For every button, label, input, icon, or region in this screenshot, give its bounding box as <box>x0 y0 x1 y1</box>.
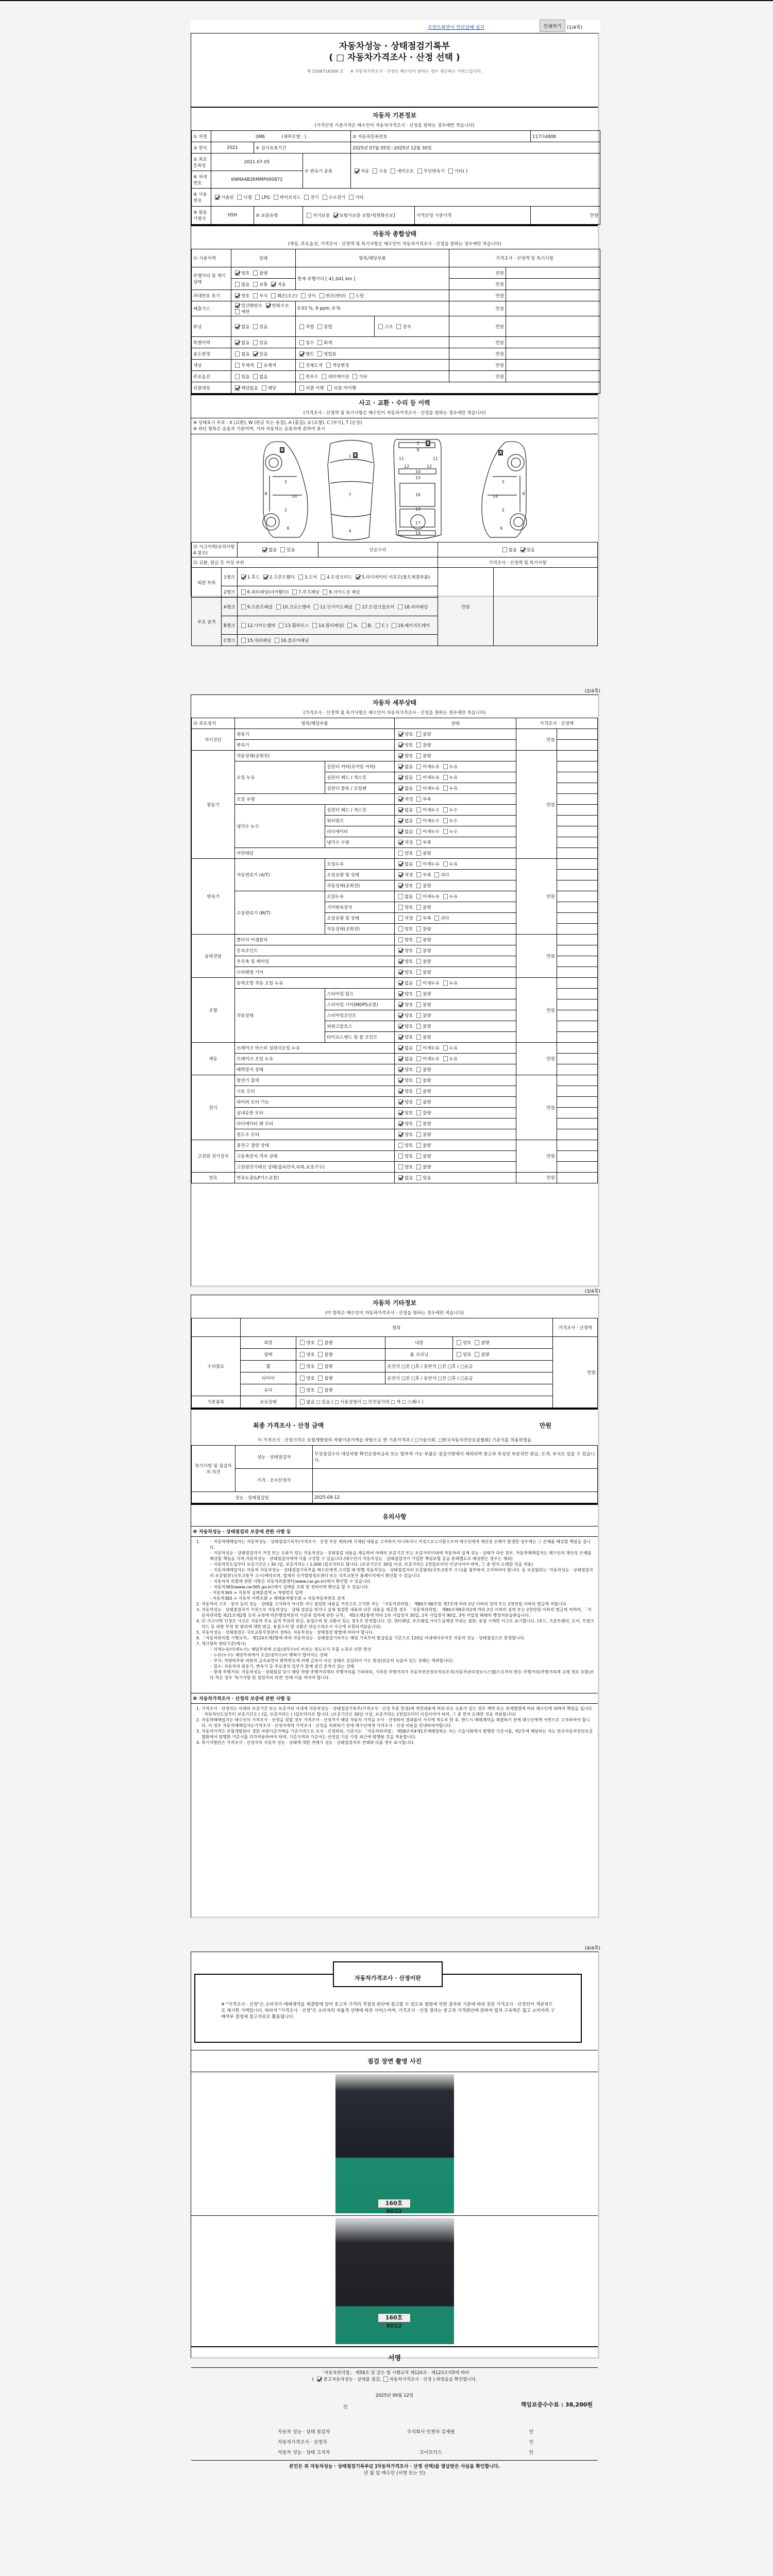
part-label: 디퍼렌셜 기어 <box>237 970 263 975</box>
good-checkbox[interactable] <box>457 1352 461 1357</box>
option-checkbox[interactable] <box>317 340 322 345</box>
status-checkbox[interactable] <box>416 732 421 737</box>
bad-checkbox[interactable] <box>318 1387 323 1393</box>
confirm-inspection-checkbox[interactable] <box>317 2377 322 2382</box>
part-label: 동력조향 작동 오일 누유 <box>237 981 283 986</box>
status-checkbox[interactable] <box>416 937 421 942</box>
option-checkbox[interactable] <box>299 385 304 391</box>
option-checkbox[interactable] <box>378 324 383 329</box>
vin-mark-label: 차대번호 표기 <box>193 294 220 299</box>
option-checkbox[interactable] <box>362 623 366 628</box>
status-checkbox[interactable] <box>443 818 448 823</box>
option-checkbox[interactable] <box>235 351 240 357</box>
option-checkbox[interactable] <box>241 623 246 628</box>
option-checkbox[interactable] <box>235 340 240 345</box>
status-checkbox[interactable] <box>398 732 403 737</box>
price-unit: 만원 <box>546 1057 554 1062</box>
svg-text:3: 3 <box>284 480 287 484</box>
status-checkbox[interactable] <box>416 840 421 845</box>
status-checkbox[interactable] <box>416 861 421 867</box>
option-label: 적음 <box>277 282 285 287</box>
engine-type: H5H <box>228 213 237 218</box>
status-checkbox[interactable] <box>443 1056 448 1061</box>
status-checkbox[interactable] <box>398 851 403 856</box>
price-unit: 만원 <box>546 1106 554 1111</box>
status-label: 미세누유 <box>423 1046 440 1051</box>
bad-checkbox[interactable] <box>475 1340 479 1345</box>
option-checkbox[interactable] <box>235 385 240 391</box>
option-checkbox[interactable] <box>392 623 396 628</box>
accident-table: ⑫ 사고이력(유의사항 4.참조)없음 있음단순수리없음 있음 ⑬ 교환, 판금… <box>191 542 598 646</box>
option-checkbox[interactable] <box>320 293 324 298</box>
option-checkbox[interactable] <box>326 363 331 368</box>
sub-part-label: 실린더 헤드 / 개스킷 <box>327 775 366 781</box>
status-checkbox[interactable] <box>398 916 403 921</box>
svg-text:10: 10 <box>415 469 421 474</box>
insurance-warranty-checkbox[interactable] <box>333 213 338 218</box>
option-checkbox[interactable] <box>253 351 258 357</box>
status-checkbox[interactable] <box>398 753 403 758</box>
status-checkbox[interactable] <box>398 1056 403 1061</box>
option-checkbox[interactable] <box>321 574 325 580</box>
option-label: 보통 <box>259 282 267 287</box>
accident-subtitle: (가격조사 · 산정액 및 특기사항은 매수인이 자동차가격조사 · 산정을 원… <box>191 407 598 418</box>
col-usage-history: ⑪ 사용이력 <box>193 256 216 261</box>
option-label: 탄화수소 <box>272 303 289 309</box>
status-checkbox[interactable] <box>416 807 421 812</box>
document-title: 자동차성능 · 상태점검기록부 <box>191 41 598 52</box>
option-checkbox[interactable] <box>271 282 276 287</box>
status-checkbox[interactable] <box>416 1078 421 1083</box>
option-label: 양호 <box>241 271 249 276</box>
option-checkbox[interactable] <box>376 623 380 628</box>
status-label: 부족 <box>423 916 431 921</box>
status-label: 불량 <box>423 927 431 932</box>
option-checkbox[interactable] <box>235 374 240 379</box>
option-label: 해당 <box>268 386 276 391</box>
status-checkbox[interactable] <box>398 1035 403 1040</box>
option-label: 전체도색 <box>306 363 323 368</box>
option-checkbox[interactable] <box>417 168 422 174</box>
note-item: 자동차성능 · 상태점검자가 거짓으로 자동차성능 · 상태 점검을 하거나 실… <box>201 1607 595 1618</box>
status-label: 미세누유 <box>423 894 440 900</box>
option-checkbox[interactable] <box>299 340 304 345</box>
svg-text:5: 5 <box>416 441 419 446</box>
part-label: 브레이크 마스터 실린더오일 누유 <box>237 1046 300 1051</box>
option-checkbox[interactable] <box>317 324 322 329</box>
status-checkbox[interactable] <box>398 872 403 877</box>
status-checkbox[interactable] <box>416 980 421 986</box>
status-checkbox[interactable] <box>398 883 403 888</box>
warranty-fee: 책임보증수수료 : 38,200원 <box>520 2400 593 2409</box>
option-label: 없음 <box>241 341 249 346</box>
status-checkbox[interactable] <box>434 916 439 921</box>
part-label: 작동상태(공회전) <box>237 754 270 759</box>
status-checkbox[interactable] <box>416 1035 421 1040</box>
option-label: 11.인사이드패널 <box>320 605 352 610</box>
status-checkbox[interactable] <box>398 970 403 975</box>
status-label: 없음 <box>405 862 413 867</box>
option-checkbox[interactable] <box>304 195 309 200</box>
option-checkbox[interactable] <box>253 282 258 287</box>
option-checkbox[interactable] <box>312 623 317 628</box>
confirm-price-checkbox[interactable] <box>383 2377 388 2382</box>
status-checkbox[interactable] <box>398 764 403 769</box>
status-checkbox[interactable] <box>416 1099 421 1105</box>
option-label: 전기 <box>310 195 318 200</box>
part-label: 원동기 <box>237 732 249 737</box>
status-checkbox[interactable] <box>416 1013 421 1018</box>
good-checkbox[interactable] <box>300 1340 305 1345</box>
recall-label: 리콜대상 <box>193 386 210 391</box>
price-unit: 만원 <box>496 341 504 346</box>
status-checkbox[interactable] <box>398 894 403 899</box>
status-label: 누유 <box>449 775 458 781</box>
status-checkbox[interactable] <box>416 948 421 953</box>
option-checkbox[interactable] <box>271 293 276 298</box>
option-checkbox[interactable] <box>235 309 240 314</box>
option-checkbox[interactable] <box>349 293 354 298</box>
vin-label: ⑥ 차대번호 <box>193 175 207 186</box>
option-checkbox[interactable] <box>502 547 507 552</box>
status-label: 불량 <box>423 1111 431 1116</box>
bad-checkbox[interactable] <box>318 1364 323 1369</box>
status-checkbox[interactable] <box>398 796 403 802</box>
option-checkbox[interactable] <box>241 589 246 595</box>
status-checkbox[interactable] <box>443 894 448 899</box>
status-checkbox[interactable] <box>416 1067 421 1072</box>
col-part: 항목/해당부품 <box>301 721 328 726</box>
option-checkbox[interactable] <box>323 589 327 595</box>
option-checkbox[interactable] <box>356 604 360 609</box>
status-label: 누유 <box>449 981 458 986</box>
bad-checkbox[interactable] <box>318 1376 323 1381</box>
sub-part-label: 실린더 헤드 / 개스킷 <box>327 808 366 813</box>
option-label: 색상변경 <box>332 363 349 368</box>
status-checkbox[interactable] <box>416 1175 421 1180</box>
status-checkbox[interactable] <box>416 883 421 888</box>
holding-checkbox[interactable] <box>300 1399 305 1404</box>
status-checkbox[interactable] <box>416 1121 421 1126</box>
col-item: 항목 <box>392 1326 400 1331</box>
option-checkbox[interactable] <box>241 574 246 580</box>
option-checkbox[interactable] <box>314 604 318 609</box>
sub-part-label: 라디에이터 <box>327 829 348 835</box>
status-checkbox[interactable] <box>416 818 421 823</box>
status-checkbox[interactable] <box>434 872 439 877</box>
option-checkbox[interactable] <box>253 340 258 345</box>
status-checkbox[interactable] <box>416 1002 421 1007</box>
status-checkbox[interactable] <box>398 980 403 986</box>
option-checkbox[interactable] <box>274 195 278 200</box>
status-checkbox[interactable] <box>398 926 403 931</box>
option-checkbox[interactable] <box>262 385 266 391</box>
status-checkbox[interactable] <box>398 840 403 845</box>
option-checkbox[interactable] <box>317 351 322 357</box>
status-checkbox[interactable] <box>416 742 421 748</box>
price-unit: 만원 <box>546 738 554 743</box>
status-checkbox[interactable] <box>416 1056 421 1061</box>
overall-section: 자동차 종합상태 (색상, 주요옵션, 가격조사 · 산정액 및 특기사항은 매… <box>191 225 598 394</box>
signer-row: 자동차 성능 · 상태 고지자조이모터스인 <box>191 2447 598 2457</box>
option-label: 기타 <box>355 195 363 200</box>
status-checkbox[interactable] <box>398 905 403 910</box>
option-checkbox[interactable] <box>299 363 304 368</box>
print-button[interactable]: 인쇄하기 <box>540 20 565 32</box>
status-checkbox[interactable] <box>398 1164 403 1170</box>
good-checkbox[interactable] <box>300 1387 305 1393</box>
option-checkbox[interactable] <box>327 385 332 391</box>
option-checkbox[interactable] <box>263 574 268 580</box>
option-checkbox[interactable] <box>262 547 267 552</box>
option-checkbox[interactable] <box>235 270 240 276</box>
signer-role: 자동차가격조사 · 산정자 <box>191 2438 346 2445</box>
basic-info-subtitle: (가격산정 기준가격은 매수인이 자동차가격조사 · 산정을 원하는 경우에만 … <box>191 120 598 130</box>
part-label: 오일 유량 <box>237 797 255 802</box>
status-checkbox[interactable] <box>416 872 421 877</box>
status-checkbox[interactable] <box>416 1164 421 1170</box>
status-checkbox[interactable] <box>416 959 421 964</box>
status-checkbox[interactable] <box>443 786 448 791</box>
status-checkbox[interactable] <box>416 1045 421 1050</box>
status-checkbox[interactable] <box>398 786 403 791</box>
status-checkbox[interactable] <box>398 991 403 996</box>
status-label: 누수 <box>449 829 458 835</box>
status-label: 불량 <box>423 905 431 910</box>
option-checkbox[interactable] <box>215 195 220 200</box>
option-checkbox[interactable] <box>355 168 359 174</box>
status-label: 누유 <box>449 786 458 791</box>
option-checkbox[interactable] <box>235 363 240 368</box>
status-checkbox[interactable] <box>443 861 448 867</box>
option-checkbox[interactable] <box>279 623 283 628</box>
status-label: 없음 <box>405 1057 413 1062</box>
price-basis: 이 가격조사 · 산정가격은 보험개발원의 차량기준가액을 바탕으로 한 기준가… <box>191 1437 598 1445</box>
status-checkbox[interactable] <box>398 829 403 834</box>
svg-text:1: 1 <box>348 454 351 459</box>
part-label: 커먼레일 <box>237 851 254 856</box>
svg-text:18: 18 <box>415 531 421 536</box>
bad-label: 불량 <box>324 1352 332 1358</box>
status-checkbox[interactable] <box>398 1013 403 1018</box>
option-checkbox[interactable] <box>323 195 327 200</box>
option-checkbox[interactable] <box>280 547 285 552</box>
status-checkbox[interactable] <box>416 991 421 996</box>
status-checkbox[interactable] <box>398 1067 403 1072</box>
inspector-opinion: 무상점검수리 대상차량 확인요망비금속 또는 탈부착 가능 부품은 점검사항에서… <box>314 1452 595 1463</box>
status-checkbox[interactable] <box>416 1132 421 1137</box>
svg-text:16: 16 <box>415 493 421 497</box>
option-checkbox[interactable] <box>237 195 242 200</box>
page-indicator: (1/4쪽) <box>567 24 582 30</box>
note-sub: - 자동차365 > 자동차 실매물검색 > 차량번호 입력 <box>210 1590 595 1596</box>
status-label: 미세누유 <box>423 862 440 867</box>
option-checkbox[interactable] <box>347 623 352 628</box>
print-help-link[interactable]: 프린트화면이 안보일때 설치 <box>428 24 484 30</box>
option-checkbox[interactable] <box>235 324 240 329</box>
svg-text:17: 17 <box>415 521 421 526</box>
status-checkbox[interactable] <box>398 1099 403 1105</box>
status-label: 적정 <box>405 916 413 921</box>
option-checkbox[interactable] <box>356 574 360 580</box>
status-checkbox[interactable] <box>398 1078 403 1083</box>
status-checkbox[interactable] <box>443 807 448 812</box>
option-label: A, <box>354 623 358 629</box>
status-checkbox[interactable] <box>416 1143 421 1148</box>
status-checkbox[interactable] <box>416 926 421 931</box>
option-checkbox[interactable] <box>253 293 258 298</box>
status-checkbox[interactable] <box>398 1132 403 1137</box>
document-header: 자동차성능 · 상태점검기록부 ( □ 자동차가격조사 · 산정 선택 ) 제 … <box>191 33 598 107</box>
option-checkbox[interactable] <box>292 589 297 595</box>
option-checkbox[interactable] <box>235 293 240 298</box>
option-checkbox[interactable] <box>257 363 262 368</box>
option-checkbox[interactable] <box>298 574 303 580</box>
option-checkbox[interactable] <box>253 374 258 379</box>
status-checkbox[interactable] <box>398 1175 403 1180</box>
option-label: 없음 <box>268 548 277 553</box>
status-checkbox[interactable] <box>416 916 421 921</box>
status-checkbox[interactable] <box>416 764 421 769</box>
rank-label: 2랭크 <box>224 590 235 595</box>
status-checkbox[interactable] <box>443 980 448 986</box>
status-label: 양호 <box>405 959 413 964</box>
option-checkbox[interactable] <box>241 638 246 643</box>
status-label: 불량 <box>423 959 431 964</box>
option-checkbox[interactable] <box>299 351 304 357</box>
status-checkbox[interactable] <box>416 1024 421 1029</box>
status-checkbox[interactable] <box>443 764 448 769</box>
note-bullet: 자동차성능 · 상태점검자가 거짓 또는 오류가 있는 자동차성능 · 상태점검… <box>210 1550 595 1562</box>
status-checkbox[interactable] <box>398 1045 403 1050</box>
status-checkbox[interactable] <box>443 775 448 780</box>
good-checkbox[interactable] <box>300 1376 305 1381</box>
price-unit: 만원 <box>496 375 504 380</box>
wheel-position: 운전석 □전 □후 / 동반석 □전 □후 / □응급 <box>387 1364 473 1369</box>
status-checkbox[interactable] <box>398 807 403 812</box>
history-label: 특별이력 <box>193 341 210 346</box>
option-checkbox[interactable] <box>253 270 258 276</box>
option-checkbox[interactable] <box>266 303 271 308</box>
status-checkbox[interactable] <box>416 775 421 780</box>
status-checkbox[interactable] <box>416 796 421 802</box>
option-checkbox[interactable] <box>520 547 525 552</box>
svg-text:8: 8 <box>264 492 267 496</box>
option-label: 영업용 <box>324 352 337 357</box>
status-checkbox[interactable] <box>416 786 421 791</box>
bad-label: 불량 <box>481 1341 489 1346</box>
option-checkbox[interactable] <box>373 168 377 174</box>
good-checkbox[interactable] <box>457 1340 461 1345</box>
bad-checkbox[interactable] <box>318 1340 323 1345</box>
self-warranty-checkbox[interactable] <box>307 213 311 218</box>
rear-plate: 160호 9032 <box>378 2313 411 2323</box>
status-checkbox[interactable] <box>398 861 403 867</box>
status-checkbox[interactable] <box>443 829 448 834</box>
overall-title: 자동차 종합상태 <box>191 226 598 238</box>
status-checkbox[interactable] <box>416 829 421 834</box>
status-checkbox[interactable] <box>416 753 421 758</box>
status-checkbox[interactable] <box>398 1143 403 1148</box>
status-checkbox[interactable] <box>398 1154 403 1159</box>
part-label: 냉각수 누수 <box>237 824 259 829</box>
other-title: 자동차 기타정보 <box>191 1295 598 1307</box>
status-checkbox[interactable] <box>398 1002 403 1007</box>
status-checkbox[interactable] <box>443 1045 448 1050</box>
option-checkbox[interactable] <box>349 195 354 200</box>
option-checkbox[interactable] <box>391 168 395 174</box>
option-checkbox[interactable] <box>352 374 357 379</box>
option-checkbox[interactable] <box>253 324 258 329</box>
option-checkbox[interactable] <box>299 324 304 329</box>
option-checkbox[interactable] <box>299 374 304 379</box>
status-checkbox[interactable] <box>398 1089 403 1094</box>
status-checkbox[interactable] <box>416 1110 421 1115</box>
good-checkbox[interactable] <box>300 1352 305 1357</box>
svg-text:6: 6 <box>287 526 289 531</box>
option-label: 17.트렁크플로어 <box>362 605 394 610</box>
col-item: 항목/해당부품 <box>359 256 385 261</box>
status-checkbox[interactable] <box>398 948 403 953</box>
option-label: 7.루프패널 <box>298 590 320 595</box>
status-checkbox[interactable] <box>398 1024 403 1029</box>
status-checkbox[interactable] <box>416 851 421 856</box>
option-label: 있음 <box>527 548 535 553</box>
first-reg-date: 2021-07-05 <box>244 160 270 165</box>
bad-checkbox[interactable] <box>475 1352 479 1357</box>
option-checkbox[interactable] <box>448 168 453 174</box>
status-label: 불량 <box>423 732 431 737</box>
status-checkbox[interactable] <box>416 1089 421 1094</box>
document-number: 제 2508716309 호 <box>307 69 343 74</box>
status-checkbox[interactable] <box>416 1154 421 1159</box>
status-checkbox[interactable] <box>416 894 421 899</box>
option-checkbox[interactable] <box>398 604 402 609</box>
option-checkbox[interactable] <box>301 293 306 298</box>
other-subtitle: (이 항목은 매수인이 자동차가격조사 · 산정을 원하는 경우에만 적습니다) <box>191 1307 598 1318</box>
note-item: ⑫ 사고이력 인정은 사고로 자동차 주요 골격 부위의 판금, 용접수리 및 … <box>201 1618 595 1630</box>
tire-position: 운전석 □전 □후 / 동반석 □전 □후 / □응급 <box>387 1376 473 1381</box>
document-note: ※ 자동차가격조사 · 산정은 매수인이 원하는 경우 제공하는 서비스입니다. <box>350 69 482 74</box>
status-checkbox[interactable] <box>398 742 403 748</box>
option-checkbox[interactable] <box>396 324 401 329</box>
svg-text:15: 15 <box>415 476 421 480</box>
status-checkbox[interactable] <box>398 818 403 823</box>
status-checkbox[interactable] <box>398 775 403 780</box>
status-checkbox[interactable] <box>416 970 421 975</box>
status-label: 불량 <box>423 1132 431 1138</box>
status-checkbox[interactable] <box>398 1121 403 1126</box>
option-label: 5.라디에이터 서포트(볼트체결부품) <box>362 575 430 580</box>
status-checkbox[interactable] <box>398 937 403 942</box>
status-checkbox[interactable] <box>398 1110 403 1115</box>
detail-table: ⑭ 주요장치항목/해당부품상태가격조사 · 산정액자기진단원동기양호 불량만원변… <box>191 718 598 1183</box>
option-checkbox[interactable] <box>276 604 281 609</box>
option-checkbox[interactable] <box>235 303 240 308</box>
option-label: 6.쿼터패널(리어휀다) <box>247 590 289 595</box>
detail-row: 변속기자동변속기 (A/T)오일누유없음 미세누유 누유만원 <box>192 859 598 870</box>
bad-checkbox[interactable] <box>318 1352 323 1357</box>
option-checkbox[interactable] <box>275 638 279 643</box>
option-checkbox[interactable] <box>235 282 240 287</box>
status-checkbox[interactable] <box>416 905 421 910</box>
option-checkbox[interactable] <box>255 195 260 200</box>
option-checkbox[interactable] <box>322 374 326 379</box>
status-checkbox[interactable] <box>398 959 403 964</box>
option-checkbox[interactable] <box>241 604 246 609</box>
part-label: 자동변속기 (A/T) <box>237 873 270 878</box>
good-checkbox[interactable] <box>300 1364 305 1369</box>
